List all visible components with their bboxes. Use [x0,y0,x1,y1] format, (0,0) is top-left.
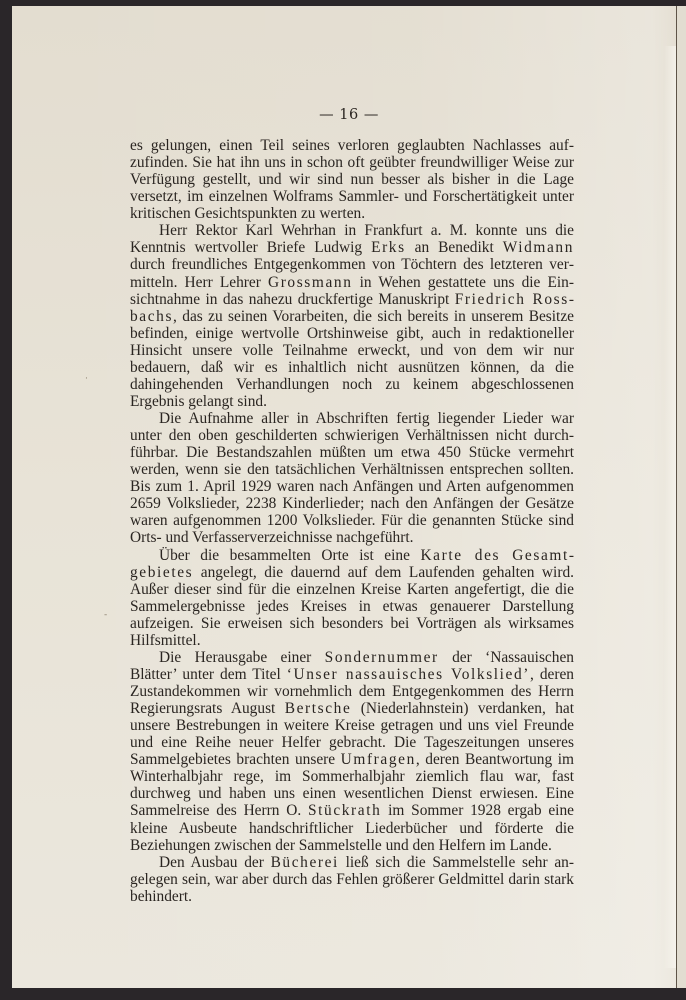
emphasized-text: ‘Unser nassauisches Volkslied’ [287,666,530,683]
emphasized-text: Stückrath [308,802,381,819]
page-fold-edge [676,6,686,988]
text-run: Den Ausbau der [159,854,271,871]
paragraph: es gelungen, einen Teil seines verloren … [130,137,574,222]
emphasized-text: Umfragen [341,751,416,768]
paragraph: Über die besammelten Orte ist eine Karte… [130,547,574,649]
emphasized-text: Bücherei [271,854,339,871]
text-run: Über die besammelten Orte ist eine [159,547,420,564]
text-run: Sammel­reise [130,802,210,819]
page-number: — 16 — [12,107,686,123]
paragraph: Herr Rektor Karl Wehrhan in Frankfurt a.… [130,222,574,410]
paragraph: Die Aufnahme aller in Abschriften fertig… [130,410,574,547]
body-text: es gelungen, einen Teil seines verloren … [130,137,574,905]
document-page: · - — 16 — es gelungen, einen Teil seine… [12,6,686,988]
margin-speck: - [104,610,107,620]
paragraph: Die Herausgabe einer Sondernummer der ‘N… [130,649,574,854]
emphasized-text: Sondernummer [325,649,439,666]
text-run: angelegt, die dauernd auf dem Laufenden … [130,564,574,649]
emphasized-text: Erks [371,239,406,256]
text-run: Die Herausgabe einer [159,649,325,666]
emphasized-text: Widmann [503,239,574,256]
text-run: es gelungen, einen Teil seines verloren … [130,137,574,222]
page-edge-shine [664,46,676,968]
text-run: an Benedikt [406,239,503,256]
emphasized-text: Bertsche [285,700,352,717]
emphasized-text: Grossmann [268,274,353,291]
text-run: des Herrn O. [210,802,308,819]
text-run: , das zu seinen Vorarbeiten, die sich be… [130,308,574,410]
text-run: Die Aufnahme aller in Abschriften fertig… [130,410,574,546]
margin-speck: · [85,374,88,384]
paragraph: Den Ausbau der Bücherei ließ sich die Sa… [130,854,574,905]
